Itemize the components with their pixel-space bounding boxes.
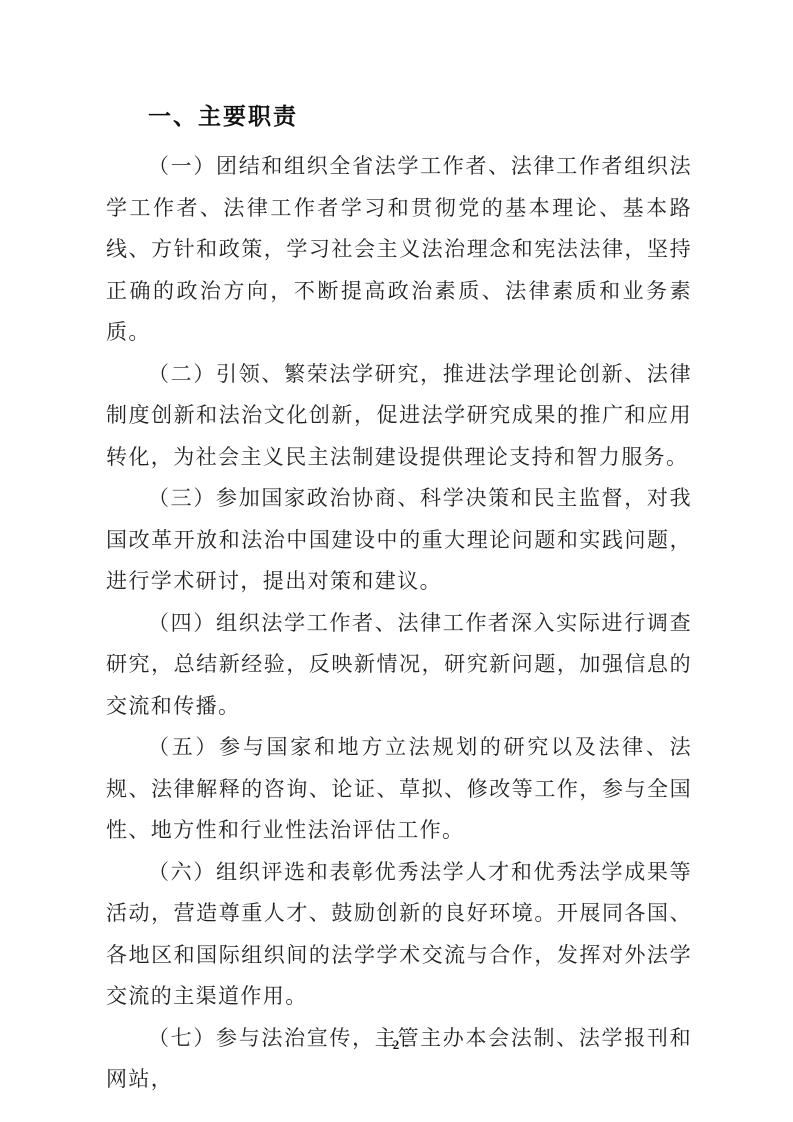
- document-page: 一、主要职责 （一）团结和组织全省法学工作者、法律工作者组织法学工作者、法律工作…: [0, 0, 793, 1122]
- paragraph-7: （七）参与法治宣传，主管主办本会法制、法学报刊和网站，: [106, 1018, 692, 1101]
- paragraph-2: （二）引领、繁荣法学研究，推进法学理论创新、法律制度创新和法治文化创新，促进法学…: [106, 354, 692, 479]
- paragraph-6: （六）组织评选和表彰优秀法学人才和优秀法学成果等活动，营造尊重人才、鼓励创新的良…: [106, 852, 692, 1018]
- paragraph-1: （一）团结和组织全省法学工作者、法律工作者组织法学工作者、法律工作者学习和贯彻党…: [106, 146, 692, 354]
- page-footer: - 2 -: [0, 1036, 793, 1054]
- paragraph-3: （三）参加国家政治协商、科学决策和民主监督，对我国改革开放和法治中国建设中的重大…: [106, 478, 692, 603]
- paragraph-5: （五）参与国家和地方立法规划的研究以及法律、法规、法律解释的咨询、论证、草拟、修…: [106, 727, 692, 852]
- page-number: - 2 -: [383, 1037, 410, 1052]
- document-content: 一、主要职责 （一）团结和组织全省法学工作者、法律工作者组织法学工作者、法律工作…: [106, 100, 692, 1101]
- paragraph-list: （一）团结和组织全省法学工作者、法律工作者组织法学工作者、法律工作者学习和贯彻党…: [106, 146, 692, 1101]
- paragraph-4: （四）组织法学工作者、法律工作者深入实际进行调查研究，总结新经验，反映新情况，研…: [106, 603, 692, 728]
- section-heading: 一、主要职责: [106, 100, 692, 132]
